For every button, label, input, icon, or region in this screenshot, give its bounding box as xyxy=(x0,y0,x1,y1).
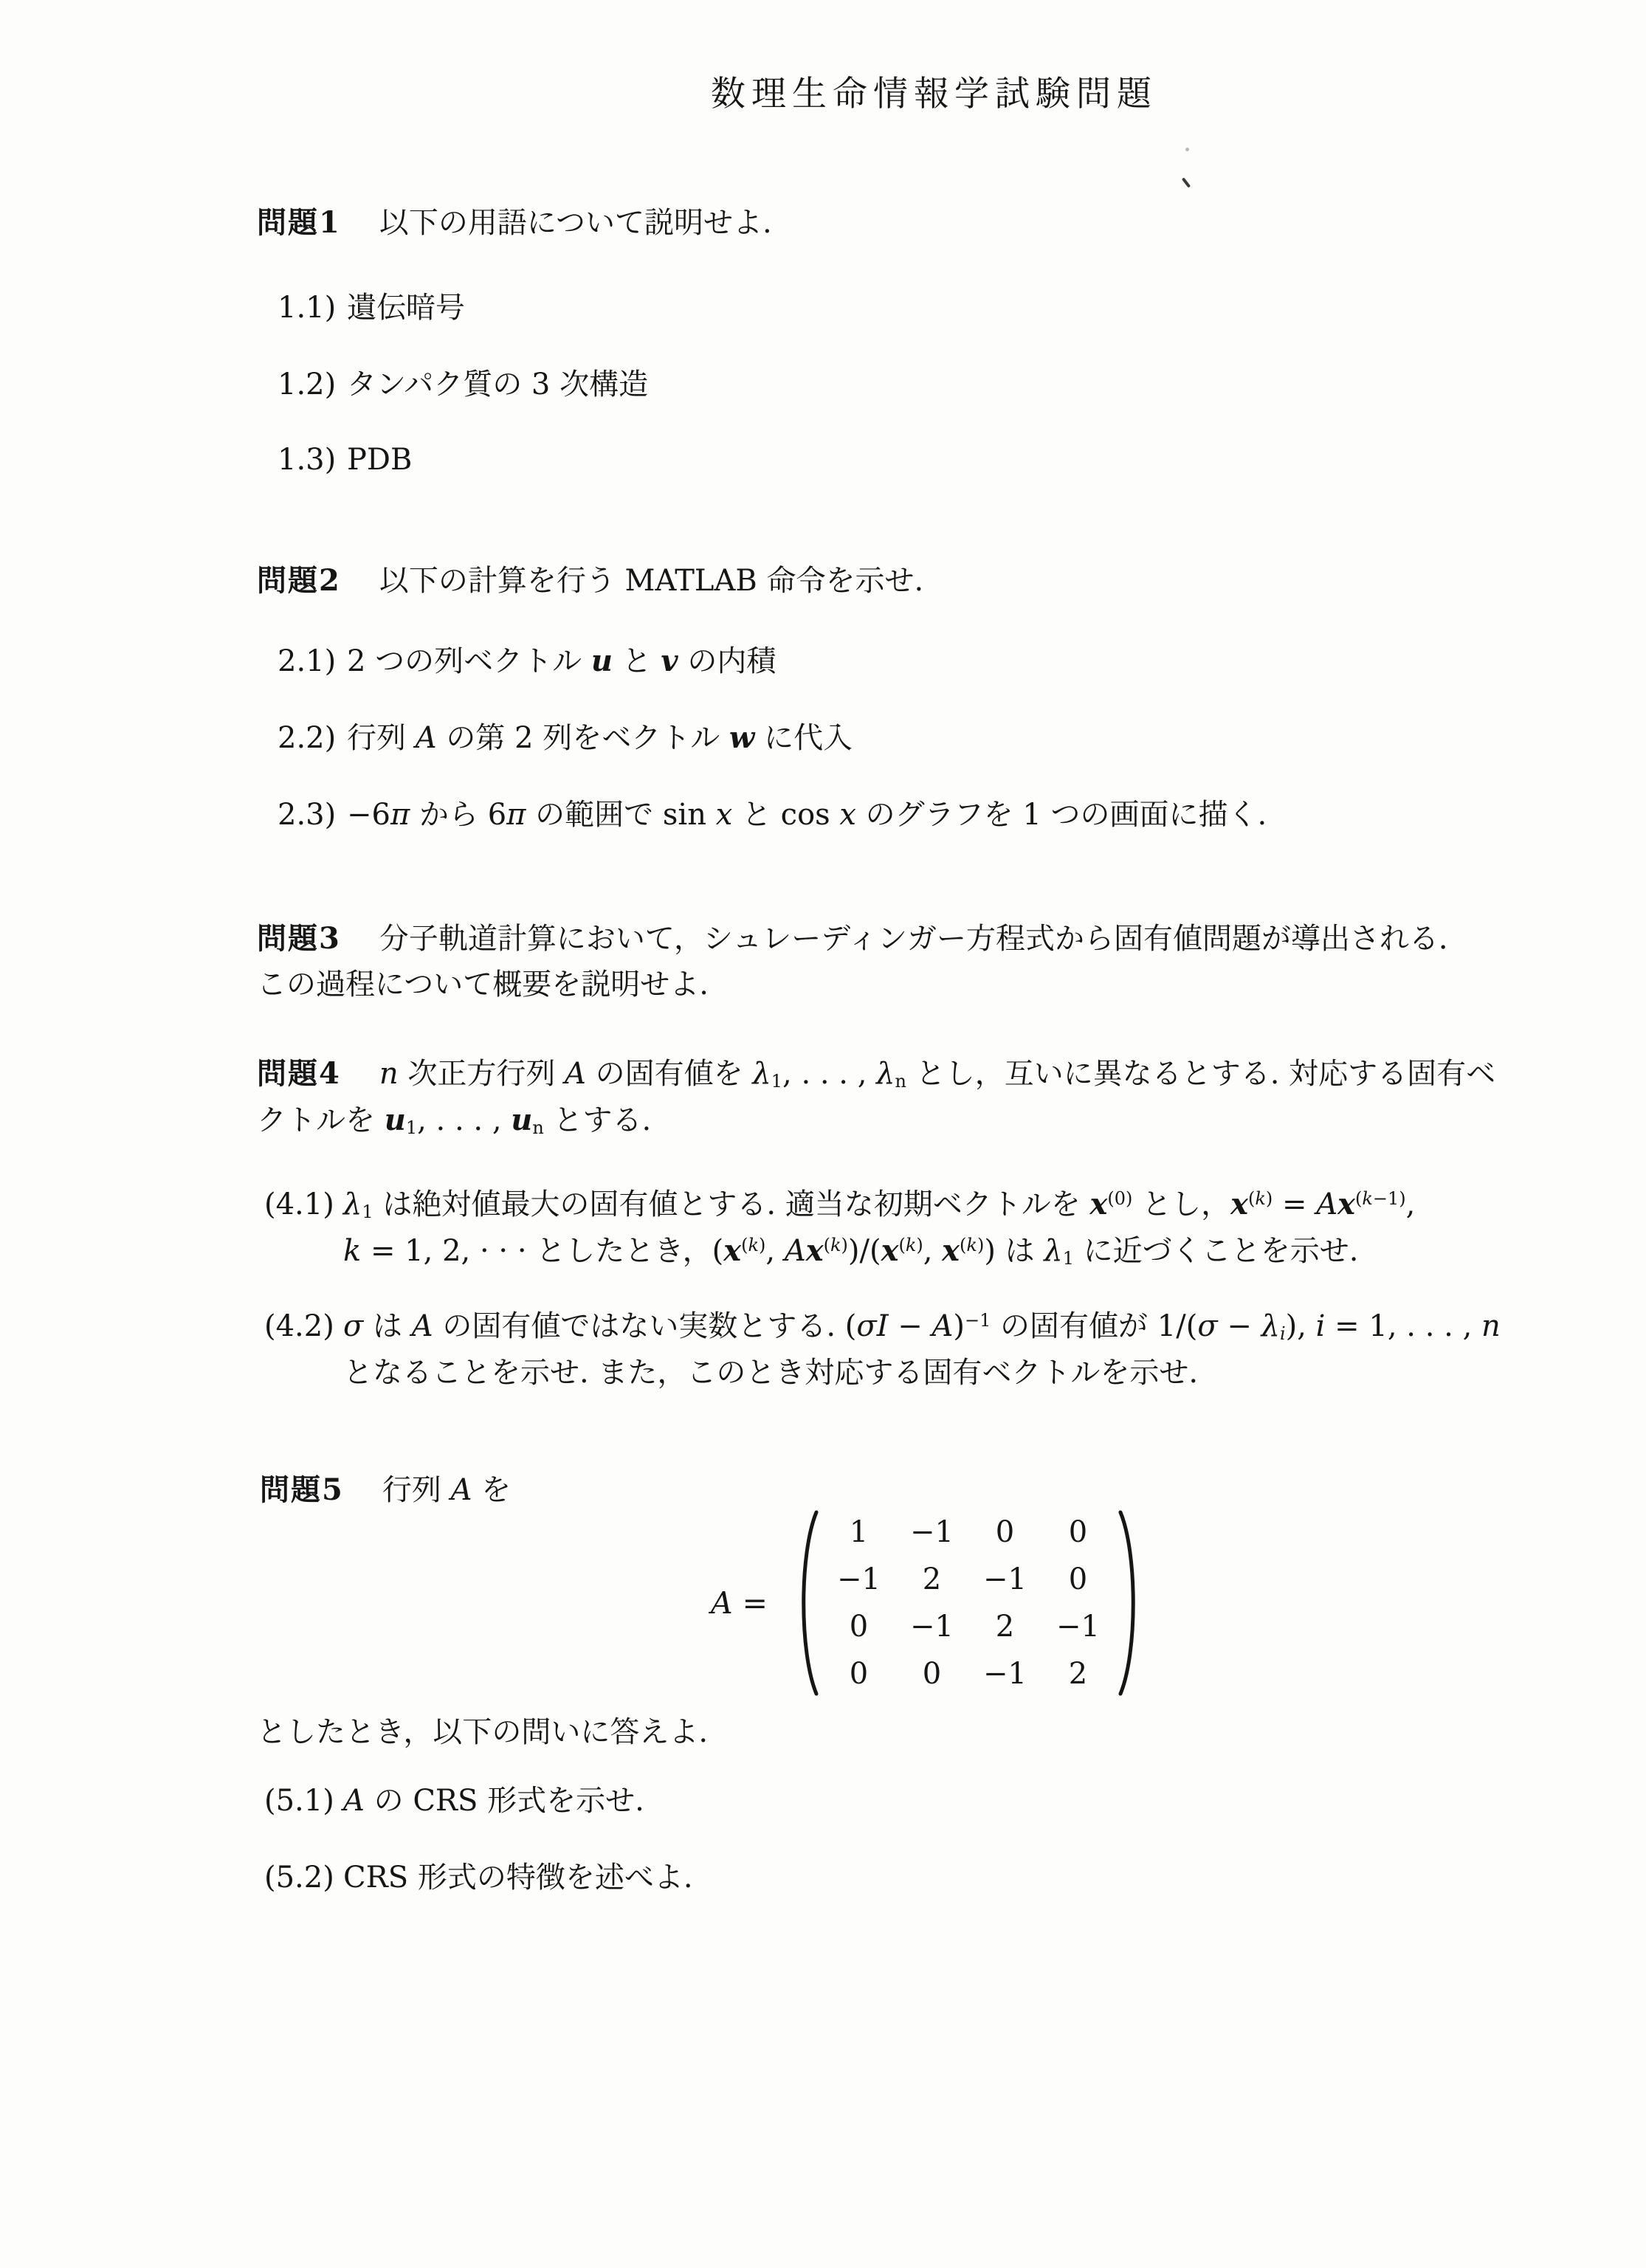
problem1-heading: 問題1以下の用語について説明せよ. xyxy=(257,205,772,241)
problem1-statement: 以下の用語について説明せよ. xyxy=(379,206,772,240)
page-title: 数理生命情報学試験問題 xyxy=(711,77,1157,112)
problem4-label: 問題4 xyxy=(257,1056,341,1091)
item-text: CRS 形式の特徴を述べよ. xyxy=(343,1861,693,1895)
item-text: PDB xyxy=(347,443,412,477)
problem4-item-1: (4.1)λ1 は絶対値最大の固有値とする. 適当な初期ベクトルを x(0) と… xyxy=(264,1181,1415,1228)
problem2-label: 問題2 xyxy=(257,563,341,598)
problem4-line1: n 次正方行列 A の固有値を λ1, . . . , λn とし，互いに異なる… xyxy=(379,1057,1495,1091)
item-number: (4.2) xyxy=(264,1303,343,1350)
problem2-item-3: 2.3)−6π から 6π の範囲で sin x と cos x のグラフを 1… xyxy=(278,797,1267,833)
matrix-cell: 2 xyxy=(996,1609,1014,1644)
matrix-cell: 1 xyxy=(850,1514,868,1550)
problem5-after-matrix: としたとき，以下の問いに答えよ. xyxy=(257,1714,708,1750)
matrix-cell: 0 xyxy=(850,1656,868,1692)
matrix-lhs: A = xyxy=(711,1585,768,1621)
item-number: 1.1) xyxy=(278,290,347,325)
matrix-right-paren-icon xyxy=(1116,1508,1144,1698)
item-text: 遺伝暗号 xyxy=(347,291,465,325)
problem4-line2: クトルを u1, . . . , un とする. xyxy=(257,1097,651,1144)
item-number: 1.2) xyxy=(278,367,347,402)
problem3-line1: 分子軌道計算において，シュレーディンガー方程式から固有値問題が導出される． xyxy=(379,922,1468,956)
item-text: タンパク質の 3 次構造 xyxy=(347,368,648,401)
problem4-item-2-line2: となることを示せ. また，このとき対応する固有ベクトルを示せ. xyxy=(343,1350,1198,1396)
problem5-label: 問題5 xyxy=(260,1472,344,1507)
item-number: 2.2) xyxy=(278,720,347,756)
matrix-equation: A = 1−100−12−100−12−100−12 xyxy=(711,1508,1144,1698)
matrix-cell: 2 xyxy=(923,1562,941,1597)
item-number: 1.3) xyxy=(278,442,347,478)
problem3-heading: 問題3分子軌道計算において，シュレーディンガー方程式から固有値問題が導出される． xyxy=(257,915,1468,962)
matrix-cell: 2 xyxy=(1069,1656,1087,1692)
matrix-cell: 0 xyxy=(996,1514,1014,1550)
matrix-cell: 0 xyxy=(1069,1562,1087,1597)
item-text: 行列 A の第 2 列をベクトル w に代入 xyxy=(347,721,853,755)
scan-speckle-tick xyxy=(1182,177,1191,187)
problem5-statement: 行列 A を xyxy=(382,1473,511,1507)
problem3-line2: この過程について概要を説明せよ. xyxy=(257,962,709,1008)
problem2-item-1: 2.1)2 つの列ベクトル u と v の内積 xyxy=(278,644,776,679)
problem1-item-1: 1.1)遺伝暗号 xyxy=(278,290,465,325)
matrix-cell: −1 xyxy=(983,1562,1027,1597)
matrix-cell: −1 xyxy=(910,1514,954,1550)
matrix-cell: −1 xyxy=(910,1609,954,1644)
matrix-cell: 0 xyxy=(1069,1514,1087,1550)
problem5-item-2: (5.2)CRS 形式の特徴を述べよ. xyxy=(264,1860,693,1895)
matrix-cell: −1 xyxy=(837,1562,881,1597)
problem3-label: 問題3 xyxy=(257,921,341,956)
matrix-cell: 0 xyxy=(850,1609,868,1644)
problem5-item-1: (5.1)A の CRS 形式を示せ. xyxy=(264,1783,644,1819)
matrix-grid: 1−100−12−100−12−100−12 xyxy=(822,1509,1115,1697)
item-text: σ は A の固有値ではない実数とする. (σI − A)−1 の固有値が 1/… xyxy=(343,1309,1501,1343)
scan-speckle-dot xyxy=(1185,148,1189,151)
matrix-cell: −1 xyxy=(1056,1609,1100,1644)
matrix-cell: 0 xyxy=(923,1656,941,1692)
item-number: (5.1) xyxy=(264,1783,343,1819)
problem4-heading: 問題4n 次正方行列 A の固有値を λ1, . . . , λn とし，互いに… xyxy=(257,1050,1495,1097)
matrix-left-paren-icon xyxy=(793,1508,821,1698)
problem1-item-3: 1.3)PDB xyxy=(278,442,412,478)
problem1-item-2: 1.2)タンパク質の 3 次構造 xyxy=(278,367,648,402)
item-number: 2.1) xyxy=(278,644,347,679)
problem2-item-2: 2.2)行列 A の第 2 列をベクトル w に代入 xyxy=(278,720,853,756)
item-text: A の CRS 形式を示せ. xyxy=(343,1784,644,1818)
item-number: (4.1) xyxy=(264,1182,343,1228)
problem4-item-1-line2: k = 1, 2, · · · としたとき，(x(k), Ax(k))/(x(k… xyxy=(343,1227,1358,1275)
item-number: (5.2) xyxy=(264,1860,343,1895)
problem5-heading: 問題5行列 A を xyxy=(260,1472,511,1508)
matrix-cell: −1 xyxy=(983,1656,1027,1692)
item-text: λ1 は絶対値最大の固有値とする. 適当な初期ベクトルを x(0) とし，x(k… xyxy=(343,1188,1415,1221)
problem1-label: 問題1 xyxy=(257,205,341,240)
problem2-statement: 以下の計算を行う MATLAB 命令を示せ. xyxy=(379,564,923,598)
problem2-heading: 問題2以下の計算を行う MATLAB 命令を示せ. xyxy=(257,563,923,599)
item-text: −6π から 6π の範囲で sin x と cos x のグラフを 1 つの画… xyxy=(347,798,1267,832)
problem4-item-2: (4.2)σ は A の固有値ではない実数とする. (σI − A)−1 の固有… xyxy=(264,1303,1501,1350)
item-number: 2.3) xyxy=(278,797,347,833)
exam-page: 数理生命情報学試験問題 問題1以下の用語について説明せよ. 1.1)遺伝暗号 1… xyxy=(0,0,1646,2268)
item-text: 2 つの列ベクトル u と v の内積 xyxy=(347,644,776,678)
